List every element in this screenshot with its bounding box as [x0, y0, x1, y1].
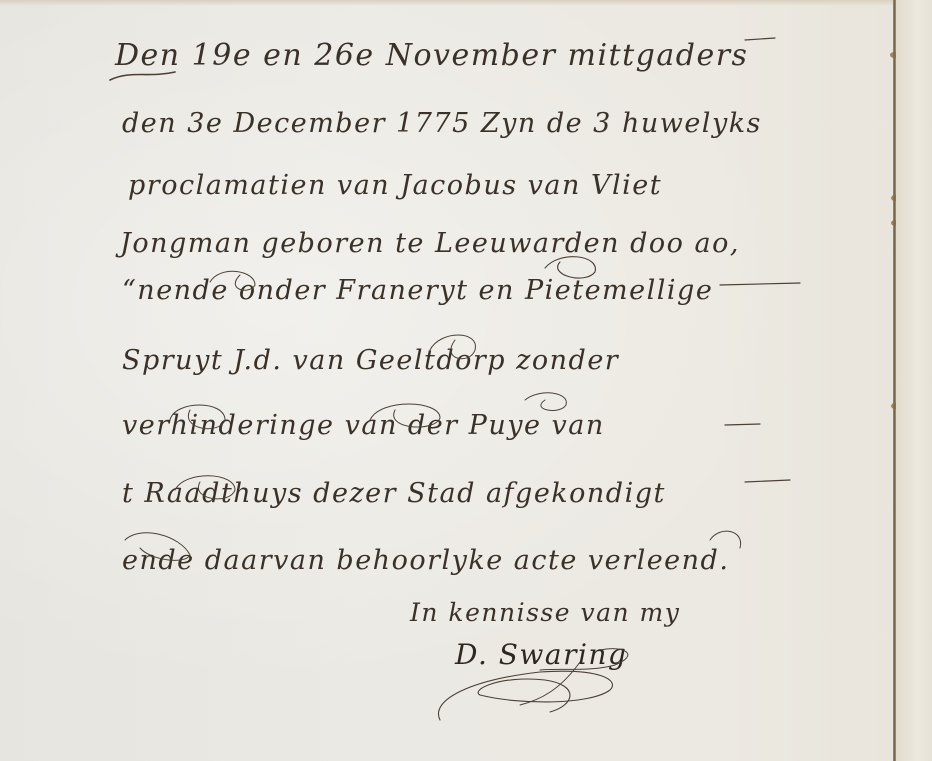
manuscript-line-8: t Raadthuys dezer Stad afgekondigt [122, 478, 666, 509]
manuscript-line-4: Jongman geboren te Leeuwarden doo ao, [120, 228, 740, 259]
manuscript-line-3: proclamatien van Jacobus van Vliet [128, 170, 662, 201]
signature: D. Swaring [455, 638, 627, 671]
manuscript-page: Den 19e en 26e November mittgaders den 3… [0, 0, 897, 761]
manuscript-line-2: den 3e December 1775 Zyn de 3 huwelyks [122, 108, 762, 139]
manuscript-line-9: ende daarvan behoorlyke acte verleend. [122, 545, 729, 576]
manuscript-line-5: “nende onder Franeryt en Pietemellige [122, 275, 713, 306]
manuscript-line-7: verhinderinge van der Puye van [122, 410, 605, 441]
facing-page-edge [896, 0, 932, 761]
handwritten-text-block: Den 19e en 26e November mittgaders den 3… [0, 0, 897, 761]
manuscript-line-1: Den 19e en 26e November mittgaders [115, 38, 748, 73]
manuscript-line-6: Spruyt J.d. van Geeltdorp zonder [122, 345, 619, 376]
attestation-line: In kennisse van my [410, 598, 680, 627]
